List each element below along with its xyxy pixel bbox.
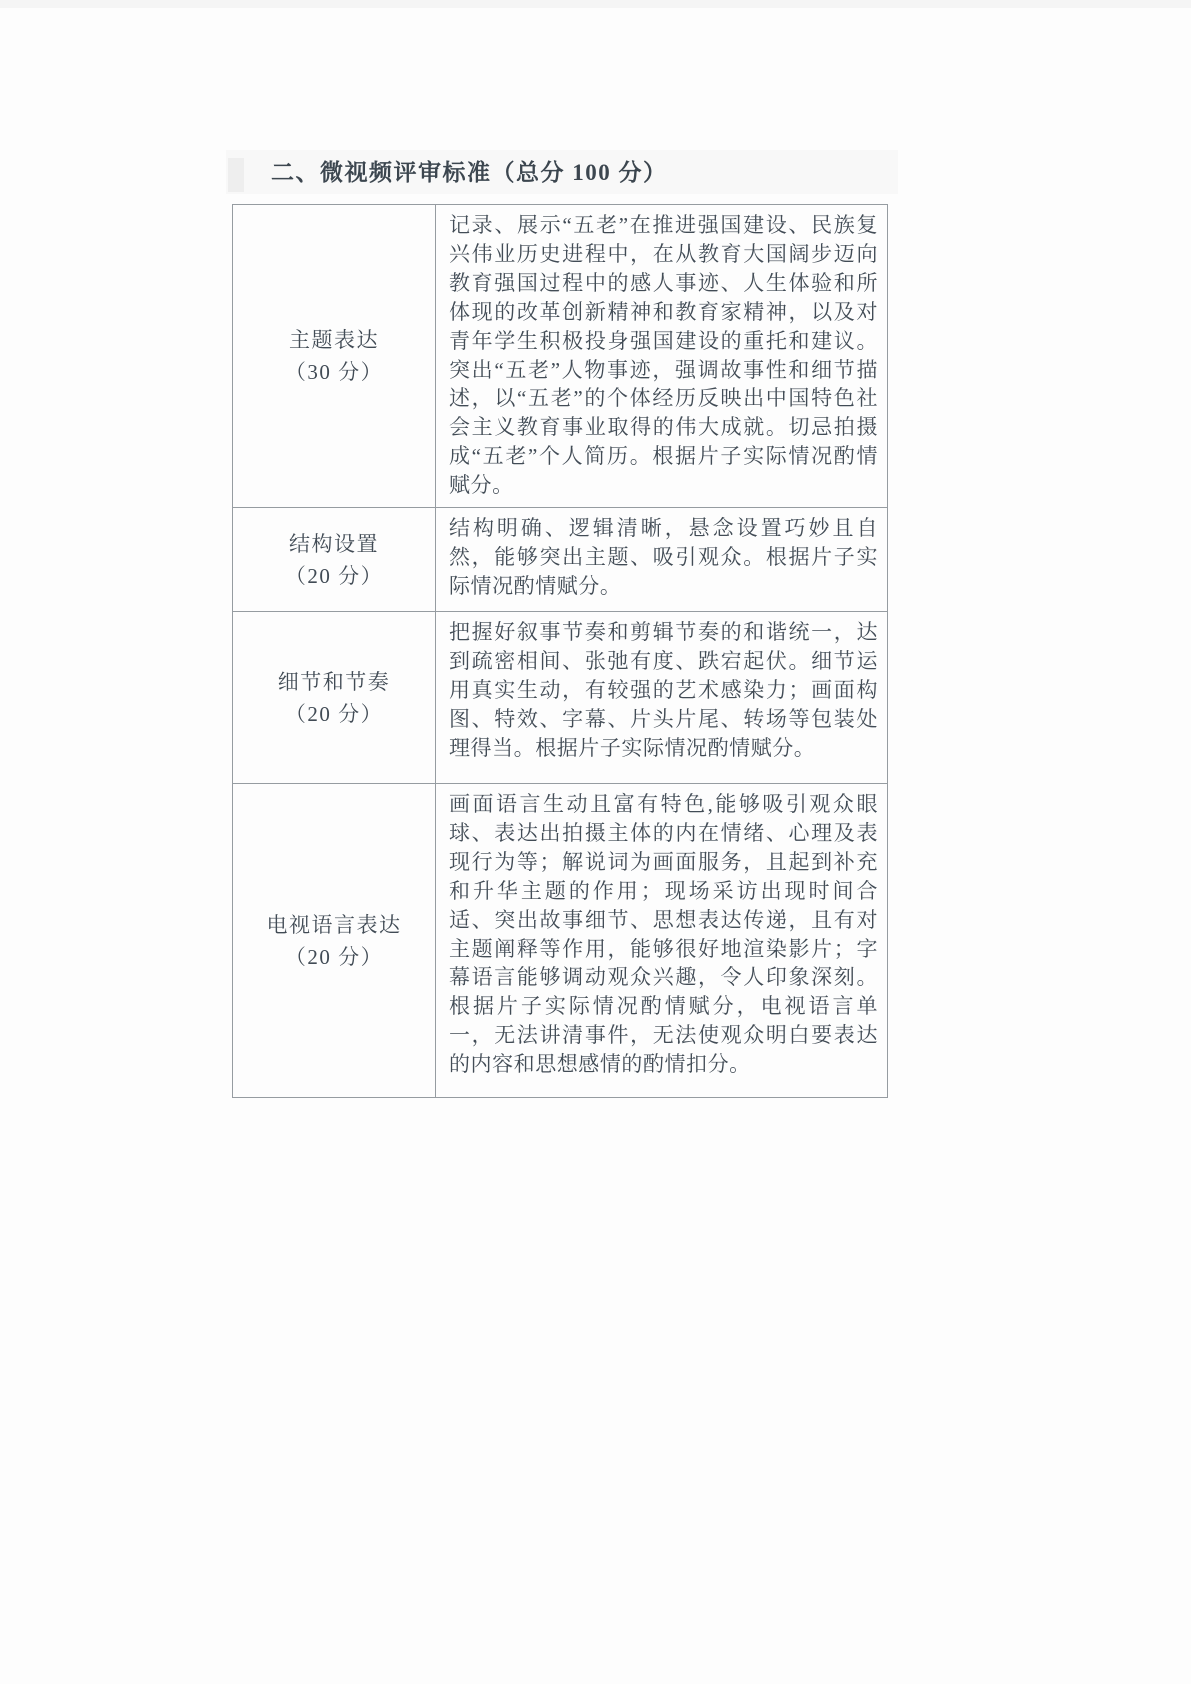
document-page: 二、微视频评审标准（总分 100 分） 主题表达 （30 分） 记录、展示“五老… [0,0,1191,1684]
criterion-cell: 细节和节奏 （20 分） [233,612,436,784]
table-row-tv-language: 电视语言表达 （20 分） 画面语言生动且富有特色,能够吸引观众眼球、表达出拍摄… [233,784,888,1098]
criterion-name: 电视语言表达 [234,909,434,941]
criterion-name: 结构设置 [234,528,434,560]
table-row-structure-setup: 结构设置 （20 分） 结构明确、逻辑清晰，悬念设置巧妙且自然，能够突出主题、吸… [233,508,888,612]
table-row-detail-rhythm: 细节和节奏 （20 分） 把握好叙事节奏和剪辑节奏的和谐统一，达到疏密相间、张弛… [233,612,888,784]
criterion-cell: 结构设置 （20 分） [233,508,436,612]
criterion-description: 把握好叙事节奏和剪辑节奏的和谐统一，达到疏密相间、张弛有度、跌宕起伏。细节运用真… [436,612,888,784]
criterion-score: （20 分） [234,941,434,973]
criterion-name: 细节和节奏 [234,666,434,698]
table-row-theme-expression: 主题表达 （30 分） 记录、展示“五老”在推进强国建设、民族复兴伟业历史进程中… [233,205,888,508]
criterion-description: 画面语言生动且富有特色,能够吸引观众眼球、表达出拍摄主体的内在情绪、心理及表现行… [436,784,888,1098]
scan-artifact-top [0,0,1191,8]
criterion-cell: 主题表达 （30 分） [233,205,436,508]
criterion-score: （20 分） [234,698,434,730]
criteria-table: 主题表达 （30 分） 记录、展示“五老”在推进强国建设、民族复兴伟业历史进程中… [232,204,888,1098]
criterion-description: 结构明确、逻辑清晰，悬念设置巧妙且自然，能够突出主题、吸引观众。根据片子实际情况… [436,508,888,612]
criterion-name: 主题表达 [234,324,434,356]
criterion-score: （20 分） [234,560,434,592]
scan-artifact-corner [228,158,244,192]
criterion-cell: 电视语言表达 （20 分） [233,784,436,1098]
criterion-score: （30 分） [234,356,434,388]
criterion-description: 记录、展示“五老”在推进强国建设、民族复兴伟业历史进程中，在从教育大国阔步迈向教… [436,205,888,508]
section-title: 二、微视频评审标准（总分 100 分） [271,154,668,187]
